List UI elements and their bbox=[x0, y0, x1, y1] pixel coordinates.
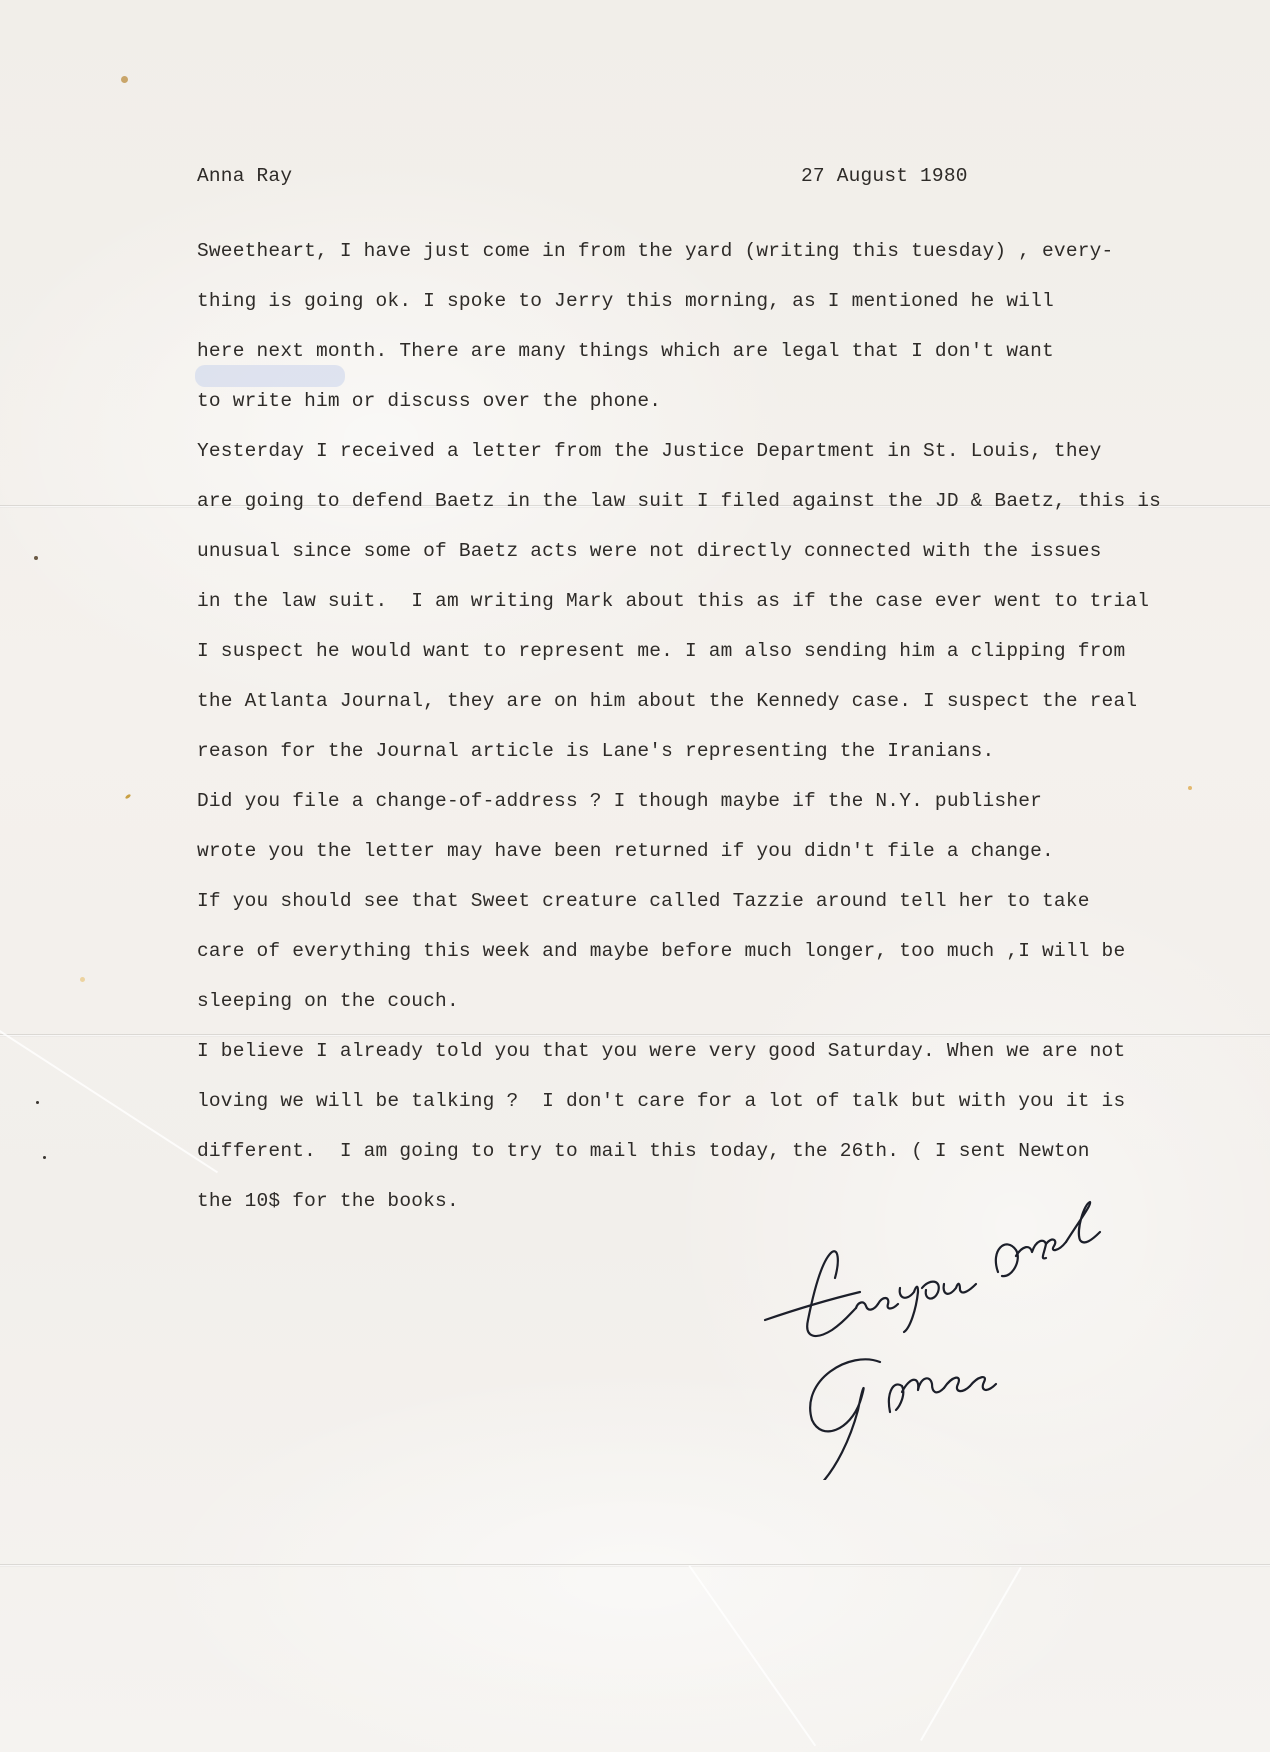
stain-spot bbox=[125, 794, 132, 800]
body-line: I suspect he would want to represent me.… bbox=[197, 638, 1161, 688]
letter-body: Sweetheart, I have just come in from the… bbox=[197, 238, 1161, 1238]
fold-line bbox=[0, 1564, 1270, 1567]
stain-spot bbox=[1188, 786, 1192, 790]
body-line: wrote you the letter may have been retur… bbox=[197, 838, 1161, 888]
stain-spot bbox=[34, 556, 38, 560]
body-line: thing is going ok. I spoke to Jerry this… bbox=[197, 288, 1161, 338]
paper-crease bbox=[688, 1565, 816, 1746]
handwritten-signature: Love you Angel James bbox=[740, 1180, 1140, 1480]
body-line: Sweetheart, I have just come in from the… bbox=[197, 238, 1161, 288]
body-line: If you should see that Sweet creature ca… bbox=[197, 888, 1161, 938]
sender-name: Anna Ray bbox=[197, 165, 292, 187]
stain-spot bbox=[43, 1156, 46, 1159]
body-line: to write him or discuss over the phone. bbox=[197, 388, 1161, 438]
letter-page: Anna Ray 27 August 1980 Sweetheart, I ha… bbox=[0, 0, 1270, 1752]
stain-spot bbox=[121, 76, 128, 83]
body-line: here next month. There are many things w… bbox=[197, 338, 1161, 388]
body-line: I believe I already told you that you we… bbox=[197, 1038, 1161, 1088]
paper-crease bbox=[920, 1567, 1022, 1741]
body-line: the Atlanta Journal, they are on him abo… bbox=[197, 688, 1161, 738]
body-line: sleeping on the couch. bbox=[197, 988, 1161, 1038]
body-line: unusual since some of Baetz acts were no… bbox=[197, 538, 1161, 588]
paper-crease bbox=[0, 1030, 218, 1173]
body-line: reason for the Journal article is Lane's… bbox=[197, 738, 1161, 788]
stain-spot bbox=[36, 1101, 39, 1104]
body-line: in the law suit. I am writing Mark about… bbox=[197, 588, 1161, 638]
body-line: Yesterday I received a letter from the J… bbox=[197, 438, 1161, 488]
body-line: Did you file a change-of-address ? I tho… bbox=[197, 788, 1161, 838]
stain-spot bbox=[80, 977, 85, 982]
signature-strokes bbox=[740, 1180, 1140, 1480]
letter-date: 27 August 1980 bbox=[801, 165, 968, 187]
body-line: loving we will be talking ? I don't care… bbox=[197, 1088, 1161, 1138]
body-line: are going to defend Baetz in the law sui… bbox=[197, 488, 1161, 538]
body-line: care of everything this week and maybe b… bbox=[197, 938, 1161, 988]
